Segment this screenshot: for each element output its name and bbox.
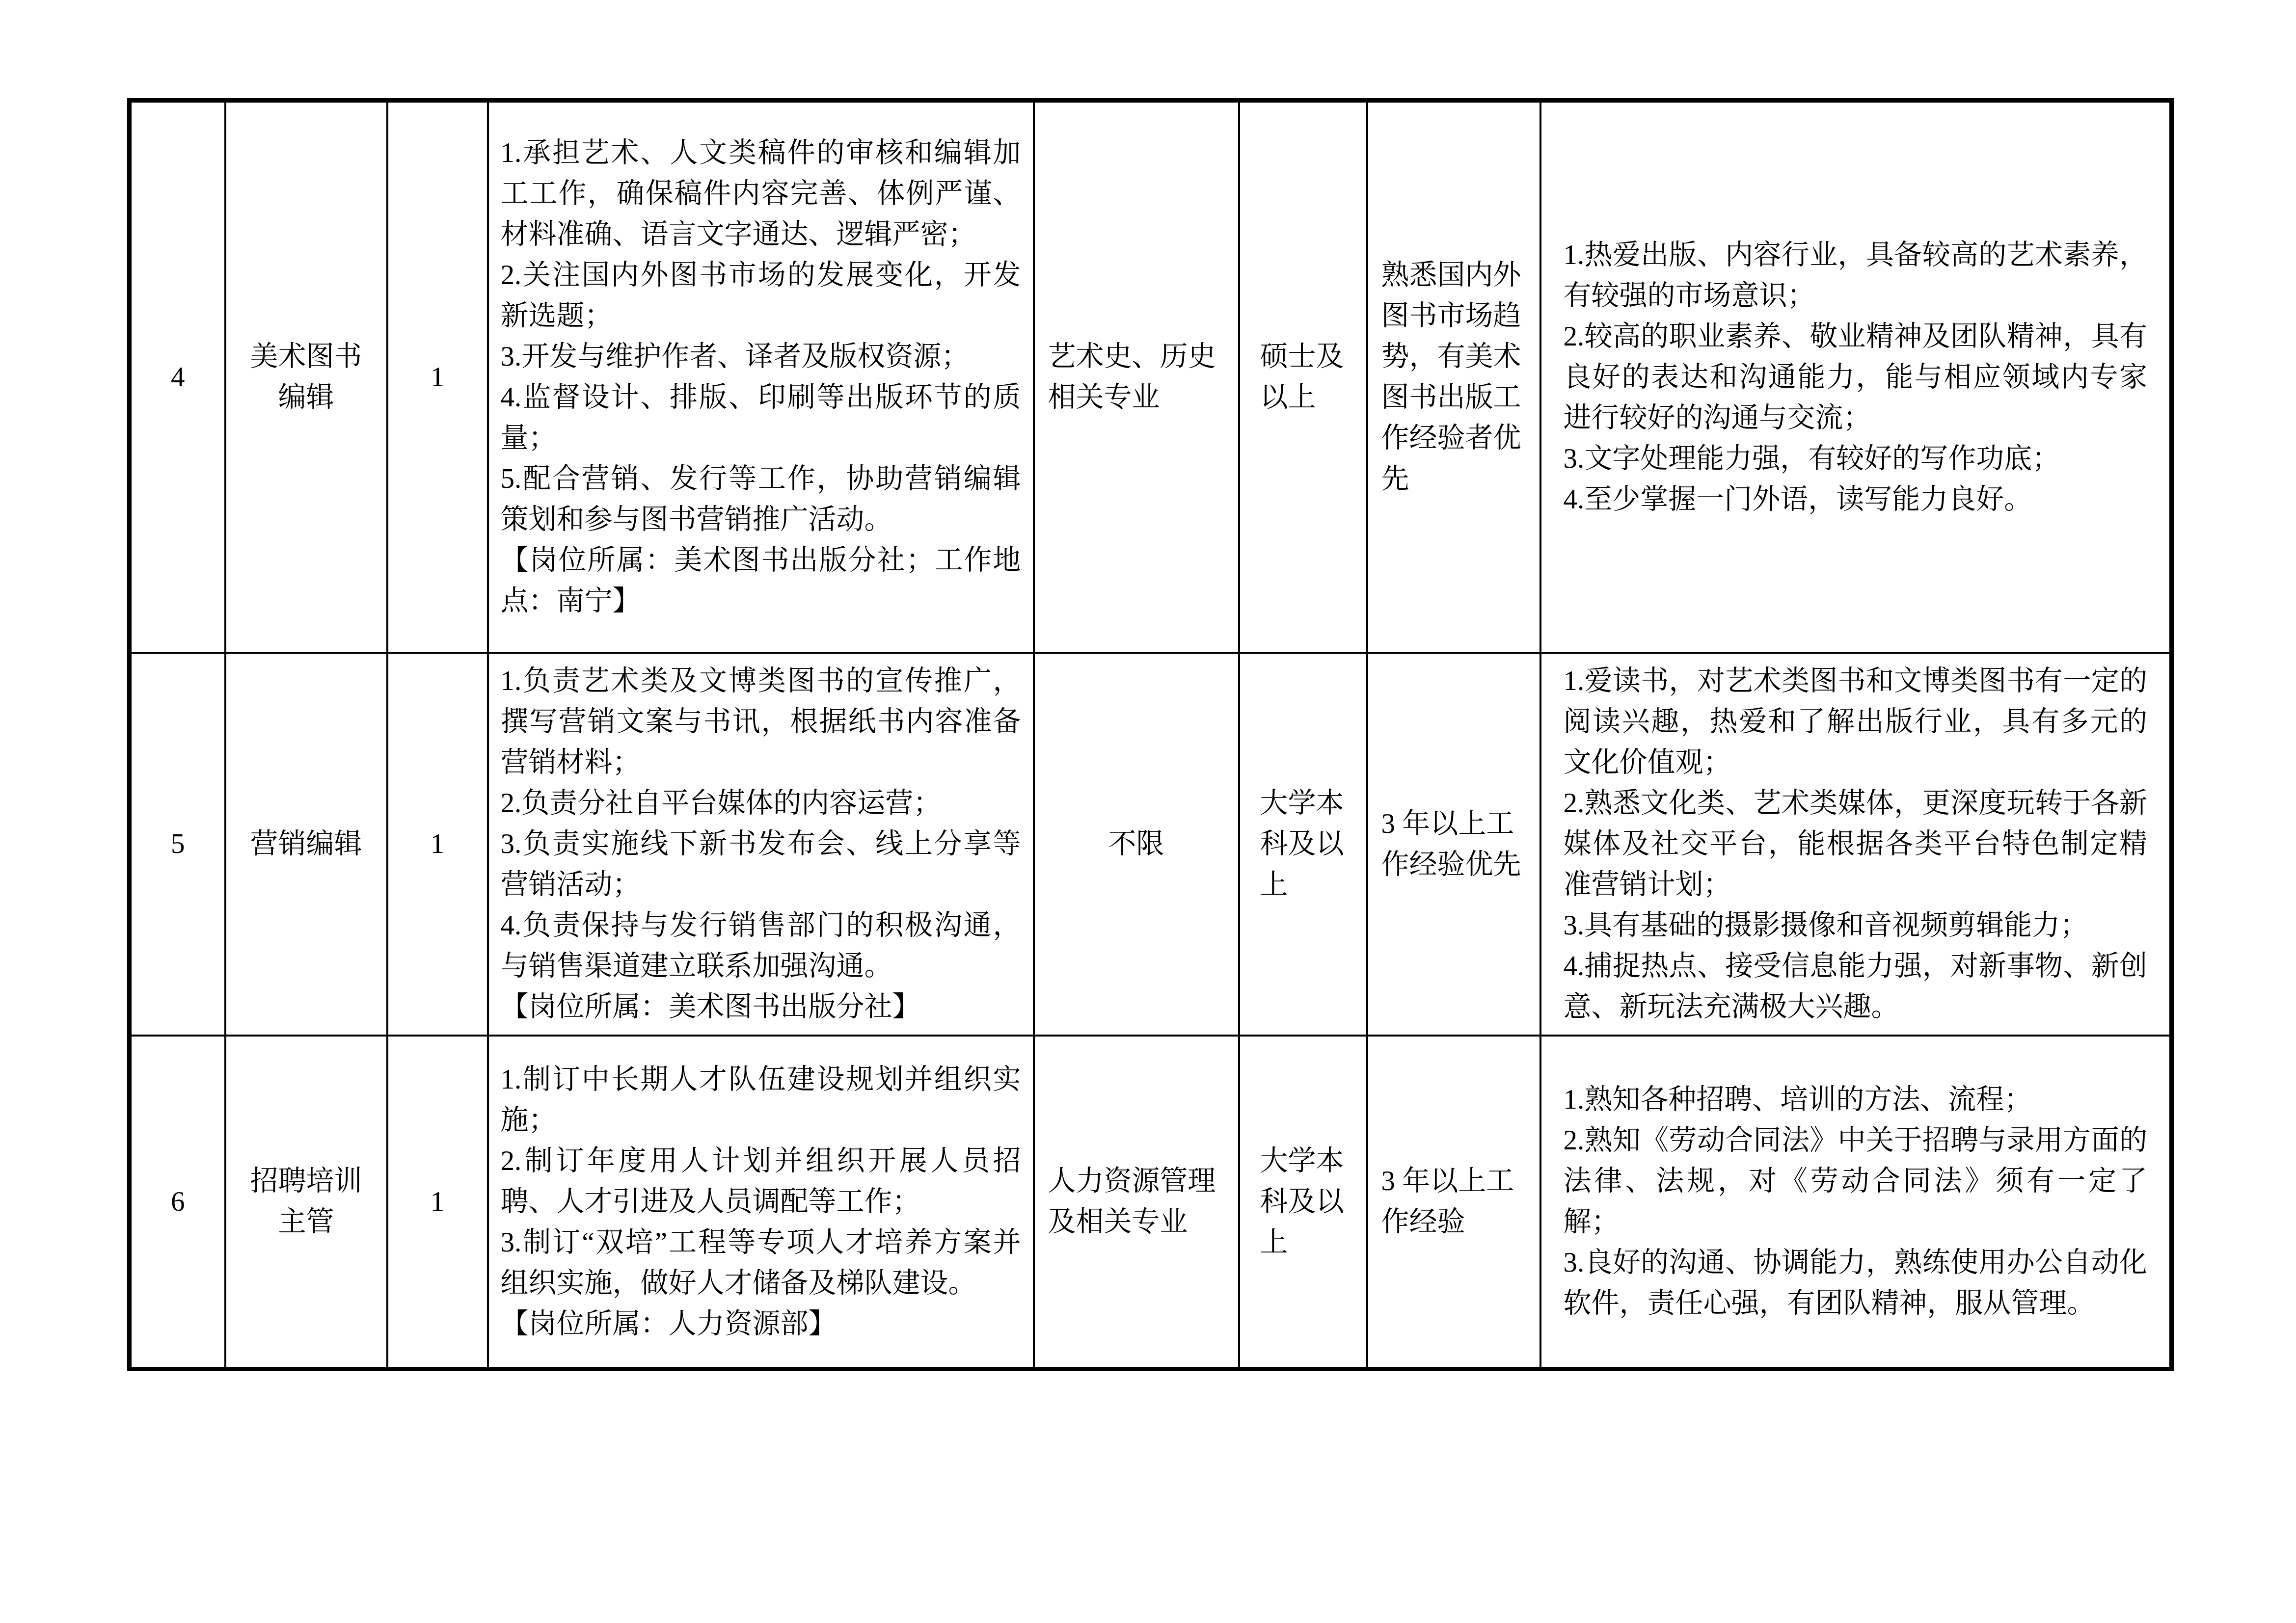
cell-duties: 1.承担艺术、人文类稿件的审核和编辑加工工作，确保稿件内容完善、体例严谨、材料准… (488, 101, 1034, 653)
cell-text: 1 (431, 357, 445, 398)
paragraph: 1.热爱出版、内容行业，具备较高的艺术素养，有较强的市场意识； (1564, 235, 2148, 316)
cell-major: 人力资源管理及相关专业 (1034, 1036, 1239, 1369)
cell-requirements: 1.热爱出版、内容行业，具备较高的艺术素养，有较强的市场意识；2.较高的职业素养… (1540, 101, 2172, 653)
cell-education: 大学本科及以上 (1239, 653, 1367, 1036)
cell-text: 6 (171, 1181, 185, 1222)
paragraph: 1.制订中长期人才队伍建设规划并组织实施； (501, 1059, 1021, 1141)
cell-text: 5 (171, 824, 185, 864)
paragraph: 【岗位所属：美术图书出版分社】 (501, 986, 1021, 1027)
paragraph: 3.制订“双培”工程等专项人才培养方案并组织实施，做好人才储备及梯队建设。 (501, 1222, 1021, 1304)
paragraph: 5.配合营销、发行等工作，协助营销编辑策划和参与图书营销推广活动。 (501, 458, 1021, 540)
cell-duties: 1.负责艺术类及文博类图书的宣传推广，撰写营销文案与书讯，根据纸书内容准备营销材… (488, 653, 1034, 1036)
cell-major: 艺术史、历史相关专业 (1034, 101, 1239, 653)
cell-index: 6 (130, 1036, 225, 1369)
paragraph: 【岗位所属：美术图书出版分社；工作地点：南宁】 (501, 540, 1021, 621)
cell-major: 不限 (1034, 653, 1239, 1036)
paragraph: 2.熟悉文化类、艺术类媒体，更深度玩转于各新媒体及社交平台，能根据各类平台特色制… (1564, 783, 2148, 905)
paragraph: 4.捕捉热点、接受信息能力强，对新事物、新创意、新玩法充满极大兴趣。 (1564, 946, 2148, 1027)
cell-experience: 熟悉国内外图书市场趋势，有美术图书出版工作经验者优先 (1367, 101, 1540, 653)
paragraph: 2.较高的职业素养、敬业精神及团队精神，具有良好的表达和沟通能力，能与相应领域内… (1564, 316, 2148, 438)
cell-experience: 3 年以上工作经验优先 (1367, 653, 1540, 1036)
cell-text: 不限 (1108, 824, 1164, 864)
cell-index: 4 (130, 101, 225, 653)
cell-text: 艺术史、历史相关专业 (1048, 336, 1225, 418)
cell-index: 5 (130, 653, 225, 1036)
paragraph: 1.熟知各种招聘、培训的方法、流程； (1564, 1079, 2148, 1120)
cell-text: 大学本科及以上 (1260, 1141, 1346, 1263)
cell-headcount: 1 (387, 101, 488, 653)
paragraph: 3.具有基础的摄影摄像和音视频剪辑能力； (1564, 905, 2148, 946)
table-row: 6招聘培训主管11.制订中长期人才队伍建设规划并组织实施；2.制订年度用人计划并… (130, 1036, 2172, 1369)
paragraph: 3.开发与维护作者、译者及版权资源； (501, 336, 1021, 377)
cell-text: 3 年以上工作经验 (1381, 1161, 1526, 1242)
paragraph: 4.至少掌握一门外语，读写能力良好。 (1564, 479, 2148, 520)
cell-text: 4 (171, 357, 185, 398)
job-table-body: 4美术图书编辑11.承担艺术、人文类稿件的审核和编辑加工工作，确保稿件内容完善、… (130, 101, 2172, 1369)
document-page: 4美术图书编辑11.承担艺术、人文类稿件的审核和编辑加工工作，确保稿件内容完善、… (0, 0, 2296, 1623)
cell-position: 招聘培训主管 (225, 1036, 387, 1369)
cell-text: 硕士及以上 (1260, 336, 1346, 418)
cell-text: 大学本科及以上 (1260, 783, 1346, 905)
job-table: 4美术图书编辑11.承担艺术、人文类稿件的审核和编辑加工工作，确保稿件内容完善、… (127, 98, 2174, 1371)
paragraph: 2.关注国内外图书市场的发展变化，开发新选题； (501, 255, 1021, 336)
cell-text: 3 年以上工作经验优先 (1381, 803, 1526, 885)
cell-requirements: 1.爱读书，对艺术类图书和文博类图书有一定的阅读兴趣，热爱和了解出版行业，具有多… (1540, 653, 2172, 1036)
paragraph: 1.爱读书，对艺术类图书和文博类图书有一定的阅读兴趣，热爱和了解出版行业，具有多… (1564, 661, 2148, 783)
cell-text: 人力资源管理及相关专业 (1048, 1161, 1225, 1242)
paragraph: 2.熟知《劳动合同法》中关于招聘与录用方面的法律、法规，对《劳动合同法》须有一定… (1564, 1120, 2148, 1242)
cell-headcount: 1 (387, 1036, 488, 1369)
cell-text: 美术图书编辑 (247, 336, 365, 418)
paragraph: 【岗位所属：人力资源部】 (501, 1304, 1021, 1344)
paragraph: 4.负责保持与发行销售部门的积极沟通，与销售渠道建立联系加强沟通。 (501, 905, 1021, 986)
cell-position: 营销编辑 (225, 653, 387, 1036)
paragraph: 1.承担艺术、人文类稿件的审核和编辑加工工作，确保稿件内容完善、体例严谨、材料准… (501, 133, 1021, 255)
cell-requirements: 1.熟知各种招聘、培训的方法、流程；2.熟知《劳动合同法》中关于招聘与录用方面的… (1540, 1036, 2172, 1369)
table-row: 5营销编辑11.负责艺术类及文博类图书的宣传推广，撰写营销文案与书讯，根据纸书内… (130, 653, 2172, 1036)
cell-text: 招聘培训主管 (247, 1161, 365, 1242)
cell-duties: 1.制订中长期人才队伍建设规划并组织实施；2.制订年度用人计划并组织开展人员招聘… (488, 1036, 1034, 1369)
cell-headcount: 1 (387, 653, 488, 1036)
paragraph: 2.负责分社自平台媒体的内容运营； (501, 783, 1021, 824)
paragraph: 4.监督设计、排版、印刷等出版环节的质量； (501, 377, 1021, 458)
cell-position: 美术图书编辑 (225, 101, 387, 653)
paragraph: 3.良好的沟通、协调能力，熟练使用办公自动化软件，责任心强，有团队精神，服从管理… (1564, 1242, 2148, 1324)
cell-text: 1 (431, 1181, 445, 1222)
cell-text: 熟悉国内外图书市场趋势，有美术图书出版工作经验者优先 (1381, 255, 1526, 499)
cell-experience: 3 年以上工作经验 (1367, 1036, 1540, 1369)
cell-text: 1 (431, 824, 445, 864)
cell-education: 大学本科及以上 (1239, 1036, 1367, 1369)
paragraph: 1.负责艺术类及文博类图书的宣传推广，撰写营销文案与书讯，根据纸书内容准备营销材… (501, 661, 1021, 783)
cell-education: 硕士及以上 (1239, 101, 1367, 653)
paragraph: 2.制订年度用人计划并组织开展人员招聘、人才引进及人员调配等工作； (501, 1141, 1021, 1222)
table-row: 4美术图书编辑11.承担艺术、人文类稿件的审核和编辑加工工作，确保稿件内容完善、… (130, 101, 2172, 653)
paragraph: 3.负责实施线下新书发布会、线上分享等营销活动； (501, 824, 1021, 905)
paragraph: 3.文字处理能力强，有较好的写作功底； (1564, 438, 2148, 479)
cell-text: 营销编辑 (250, 824, 362, 864)
